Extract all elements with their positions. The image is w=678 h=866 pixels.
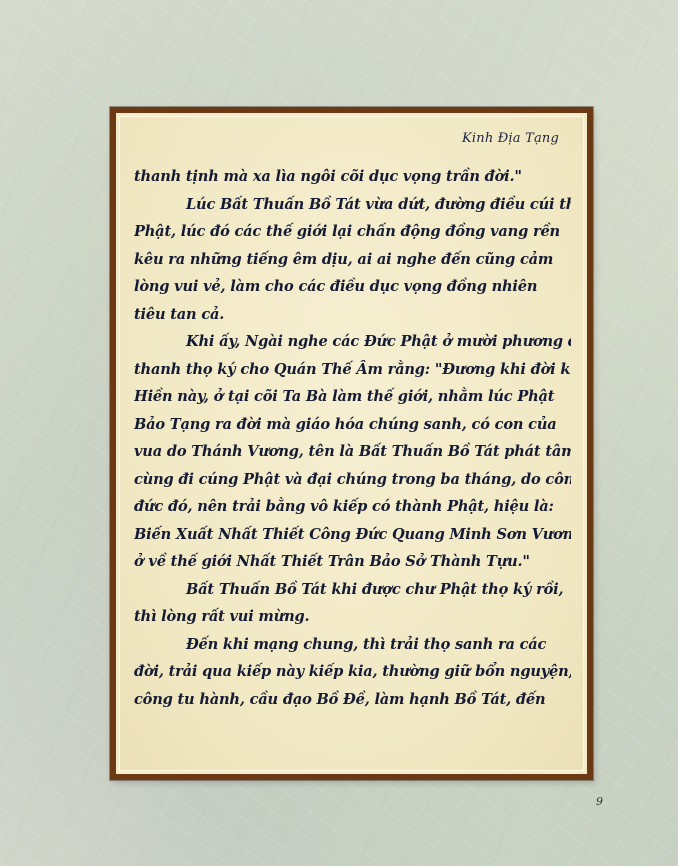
manuscript-line: đức đó, nên trải bằng vô kiếp có thành P… [134, 493, 571, 521]
page-number: 9 [596, 795, 603, 808]
manuscript-line: Hiền này, ở tại cõi Ta Bà làm thế giới, … [134, 383, 571, 411]
manuscript-line: thì lòng rất vui mừng. [134, 603, 571, 631]
manuscript-body: thanh tịnh mà xa lìa ngôi cõi dục vọng t… [134, 163, 571, 713]
manuscript-line: đời, trải qua kiếp này kiếp kia, thường … [134, 658, 571, 686]
manuscript-line: vua do Thánh Vương, tên là Bất Thuấn Bồ … [134, 438, 571, 466]
manuscript-line: Bảo Tạng ra đời mà giáo hóa chúng sanh, … [134, 411, 571, 439]
manuscript-paper: Kinh Địa Tạng thanh tịnh mà xa lìa ngôi … [120, 117, 583, 770]
manuscript-line: thanh thọ ký cho Quán Thế Âm rằng: "Đươn… [134, 356, 571, 384]
manuscript-line: Biến Xuất Nhất Thiết Công Đức Quang Minh… [134, 521, 571, 549]
manuscript-line: Phật, lúc đó các thế giới lại chấn động … [134, 218, 571, 246]
manuscript-line: thanh tịnh mà xa lìa ngôi cõi dục vọng t… [134, 163, 571, 191]
manuscript-line: cùng đi cúng Phật và đại chúng trong ba … [134, 466, 571, 494]
manuscript-header: Kinh Địa Tạng [462, 131, 559, 146]
manuscript-line: lòng vui vẻ, làm cho các điều dục vọng đ… [134, 273, 571, 301]
manuscript-line: công tu hành, cầu đạo Bồ Đề, làm hạnh Bồ… [134, 686, 571, 714]
manuscript-line: kêu ra những tiếng êm dịu, ai ai nghe đế… [134, 246, 571, 274]
manuscript-line: ở về thế giới Nhất Thiết Trân Bảo Sở Thà… [134, 548, 571, 576]
manuscript-line: Bất Thuấn Bồ Tát khi được chư Phật thọ k… [134, 576, 571, 604]
manuscript-frame: Kinh Địa Tạng thanh tịnh mà xa lìa ngôi … [110, 107, 593, 780]
manuscript-line: Khi ấy, Ngài nghe các Đức Phật ở mười ph… [134, 328, 571, 356]
manuscript-line: tiêu tan cả. [134, 301, 571, 329]
manuscript-line: Đến khi mạng chung, thì trải thọ sanh ra… [134, 631, 571, 659]
manuscript-line: Lúc Bất Thuấn Bồ Tát vừa dứt, đường điều… [134, 191, 571, 219]
